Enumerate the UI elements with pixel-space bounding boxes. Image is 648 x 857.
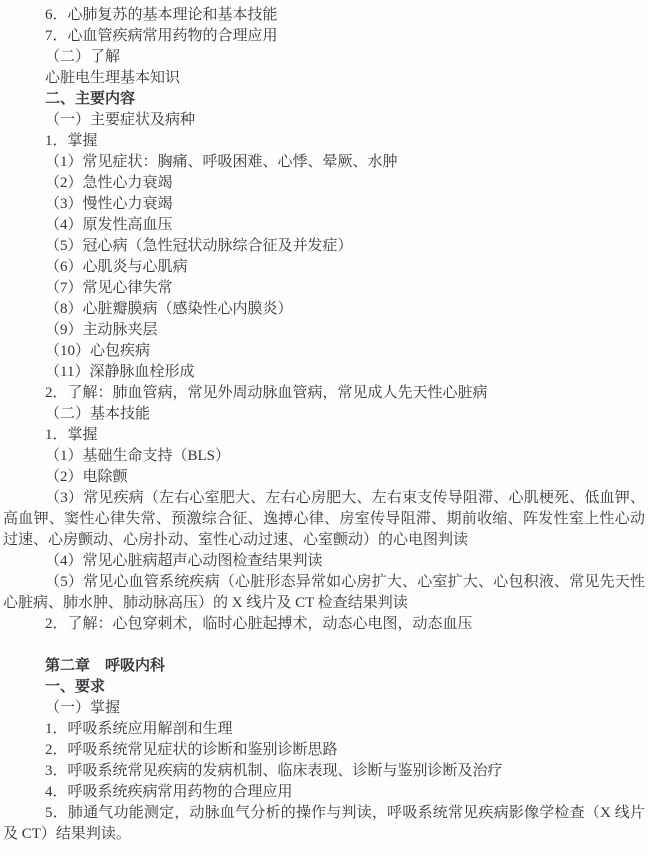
document-page: 6．心肺复苏的基本理论和基本技能 7．心血管疾病常用药物的合理应用 （二）了解 …: [0, 0, 648, 857]
list-item: 2．了解：肺血管病，常见外周动脉血管病，常见成人先天性心脏病: [3, 383, 645, 404]
list-item: （4）常见心脏病超声心动图检查结果判读: [3, 551, 645, 572]
body-text: 心脏电生理基本知识: [3, 68, 645, 89]
chapter-heading: 第二章 呼吸内科: [3, 656, 645, 677]
list-item: 2．呼吸系统常见症状的诊断和鉴别诊断思路: [3, 740, 645, 761]
list-item: 6．心肺复苏的基本理论和基本技能: [3, 5, 645, 26]
list-item: （5）冠心病（急性冠状动脉综合征及并发症）: [3, 236, 645, 257]
list-item: （2）急性心力衰竭: [3, 173, 645, 194]
list-item: 4．呼吸系统疾病常用药物的合理应用: [3, 782, 645, 803]
sub-heading: （一）主要症状及病种: [3, 110, 645, 131]
list-item: 2．了解：心包穿刺术，临时心脏起搏术，动态心电图，动态血压: [3, 614, 645, 635]
list-item: （6）心肌炎与心肌病: [3, 257, 645, 278]
list-item: （11）深静脉血栓形成: [3, 362, 645, 383]
list-item: 1．掌握: [3, 131, 645, 152]
sub-heading: （二）基本技能: [3, 404, 645, 425]
list-item: （2）电除颤: [3, 467, 645, 488]
section-heading: 二、主要内容: [3, 89, 645, 110]
list-item: 5．肺通气功能测定，动脉血气分析的操作与判读，呼吸系统常见疾病影像学检查（X 线…: [3, 803, 645, 845]
list-item: 7．心血管疾病常用药物的合理应用: [3, 26, 645, 47]
list-item: （5）常见心血管系统疾病（心脏形态异常如心房扩大、心室扩大、心包积液、常见先天性…: [3, 572, 645, 614]
list-item: （4）原发性高血压: [3, 215, 645, 236]
list-item: （7）常见心律失常: [3, 278, 645, 299]
list-item: （1）常见症状：胸痛、呼吸困难、心悸、晕厥、水肿: [3, 152, 645, 173]
list-item: （1）基础生命支持（BLS）: [3, 446, 645, 467]
sub-heading: （二）了解: [3, 47, 645, 68]
list-item: （9）主动脉夹层: [3, 320, 645, 341]
list-item: （3）常见疾病（左右心室肥大、左右心房肥大、左右束支传导阻滞、心肌梗死、低血钾、…: [3, 488, 645, 551]
list-item: （3）慢性心力衰竭: [3, 194, 645, 215]
list-item: 1．掌握: [3, 425, 645, 446]
list-item: （8）心脏瓣膜病（感染性心内膜炎）: [3, 299, 645, 320]
list-item: 1．呼吸系统应用解剖和生理: [3, 719, 645, 740]
sub-heading: （一）掌握: [3, 698, 645, 719]
section-heading: 一、要求: [3, 677, 645, 698]
list-item: （10）心包疾病: [3, 341, 645, 362]
list-item: 3．呼吸系统常见疾病的发病机制、临床表现、诊断与鉴别诊断及治疗: [3, 761, 645, 782]
